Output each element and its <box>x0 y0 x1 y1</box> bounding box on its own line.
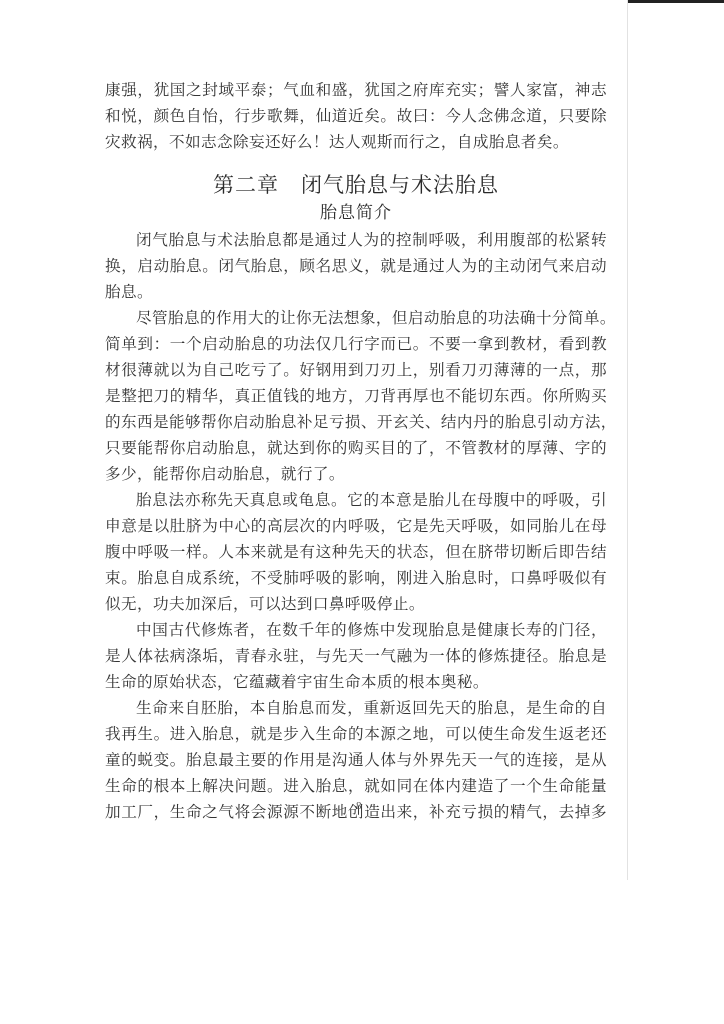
text-line: 康强，犹国之封域平泰；气血和盛，犹国之府库充实；譬人家富，神志 <box>105 77 607 103</box>
text-line: 腹中呼吸一样。人本来就是有这种先天的状态，但在脐带切断后即告结 <box>105 539 607 565</box>
text-line: 的东西是能够帮你启动胎息补足亏损、开玄关、结内丹的胎息引动方法， <box>105 409 607 435</box>
text-line: 灾救祸，不如志念除妄还好么！达人观斯而行之，自成胎息者矣。 <box>105 129 607 155</box>
paragraph: 尽管胎息的作用大的让你无法想象，但启动胎息的功法确十分简单。 简单到：一个启动胎… <box>105 305 607 487</box>
page-number: 8 <box>356 800 362 812</box>
section-title: 胎息简介 <box>105 201 607 225</box>
text-line: 是整把刀的精华，真正值钱的地方，刀背再厚也不能切东西。你所购买 <box>105 383 607 409</box>
text-line: 和悦，颜色自怡，行步歌舞，仙道近矣。故曰：今人念佛念道，只要除 <box>105 103 607 129</box>
text-line: 生命的根本上解决问题。进入胎息，就如同在体内建造了一个生命能量 <box>105 773 607 799</box>
text-line: 尽管胎息的作用大的让你无法想象，但启动胎息的功法确十分简单。 <box>105 305 607 331</box>
text-line: 胎息。 <box>105 279 607 305</box>
text-line: 束。胎息自成系统，不受肺呼吸的影响，刚进入胎息时，口鼻呼吸似有 <box>105 565 607 591</box>
text-line: 胎息法亦称先天真息或龟息。它的本意是胎儿在母腹中的呼吸，引 <box>105 487 607 513</box>
text-line: 我再生。进入胎息，就是步入生命的本源之地，可以使生命发生返老还 <box>105 721 607 747</box>
text-line: 只要能帮你启动胎息，就达到你的购买目的了，不管教材的厚薄、字的 <box>105 435 607 461</box>
text-line: 生命来自胚胎，本自胎息而发，重新返回先天的胎息，是生命的自 <box>105 695 607 721</box>
scan-edge-shadow <box>627 0 724 3</box>
text-line: 材很薄就以为自己吃亏了。好钢用到刀刃上，别看刀刃薄薄的一点，那 <box>105 357 607 383</box>
text-line: 多少，能帮你启动胎息，就行了。 <box>105 461 607 487</box>
document-page: 康强，犹国之封域平泰；气血和盛，犹国之府库充实；譬人家富，神志 和悦，颜色自怡，… <box>105 77 607 155</box>
text-line: 闭气胎息与术法胎息都是通过人为的控制呼吸，利用腹部的松紧转 <box>105 227 607 253</box>
text-line: 换，启动胎息。闭气胎息，顾名思义，就是通过人为的主动闭气来启动 <box>105 253 607 279</box>
paragraph: 闭气胎息与术法胎息都是通过人为的控制呼吸，利用腹部的松紧转 换，启动胎息。闭气胎… <box>105 227 607 305</box>
text-line: 简单到：一个启动胎息的功法仅几行字而已。不要一拿到教材，看到教 <box>105 331 607 357</box>
paragraph: 中国古代修炼者，在数千年的修炼中发现胎息是健康长寿的门径， 是人体祛病涤垢，青春… <box>105 617 607 695</box>
paragraph: 胎息法亦称先天真息或龟息。它的本意是胎儿在母腹中的呼吸，引 申意是以肚脐为中心的… <box>105 487 607 617</box>
text-line: 生命的原始状态，它蕴藏着宇宙生命本质的根本奥秘。 <box>105 669 607 695</box>
chapter-title: 第二章 闭气胎息与术法胎息 <box>105 171 607 199</box>
text-line: 申意是以肚脐为中心的高层次的内呼吸，它是先天呼吸，如同胎儿在母 <box>105 513 607 539</box>
body-text: 闭气胎息与术法胎息都是通过人为的控制呼吸，利用腹部的松紧转 换，启动胎息。闭气胎… <box>105 227 607 825</box>
text-line: 中国古代修炼者，在数千年的修炼中发现胎息是健康长寿的门径， <box>105 617 607 643</box>
text-line: 是人体祛病涤垢，青春永驻，与先天一气融为一体的修炼捷径。胎息是 <box>105 643 607 669</box>
text-line: 童的蜕变。胎息最主要的作用是沟通人体与外界先天一气的连接，是从 <box>105 747 607 773</box>
scan-edge-line <box>627 0 628 880</box>
intro-paragraph: 康强，犹国之封域平泰；气血和盛，犹国之府库充实；譬人家富，神志 和悦，颜色自怡，… <box>105 77 607 155</box>
text-line: 似无，功夫加深后，可以达到口鼻呼吸停止。 <box>105 591 607 617</box>
